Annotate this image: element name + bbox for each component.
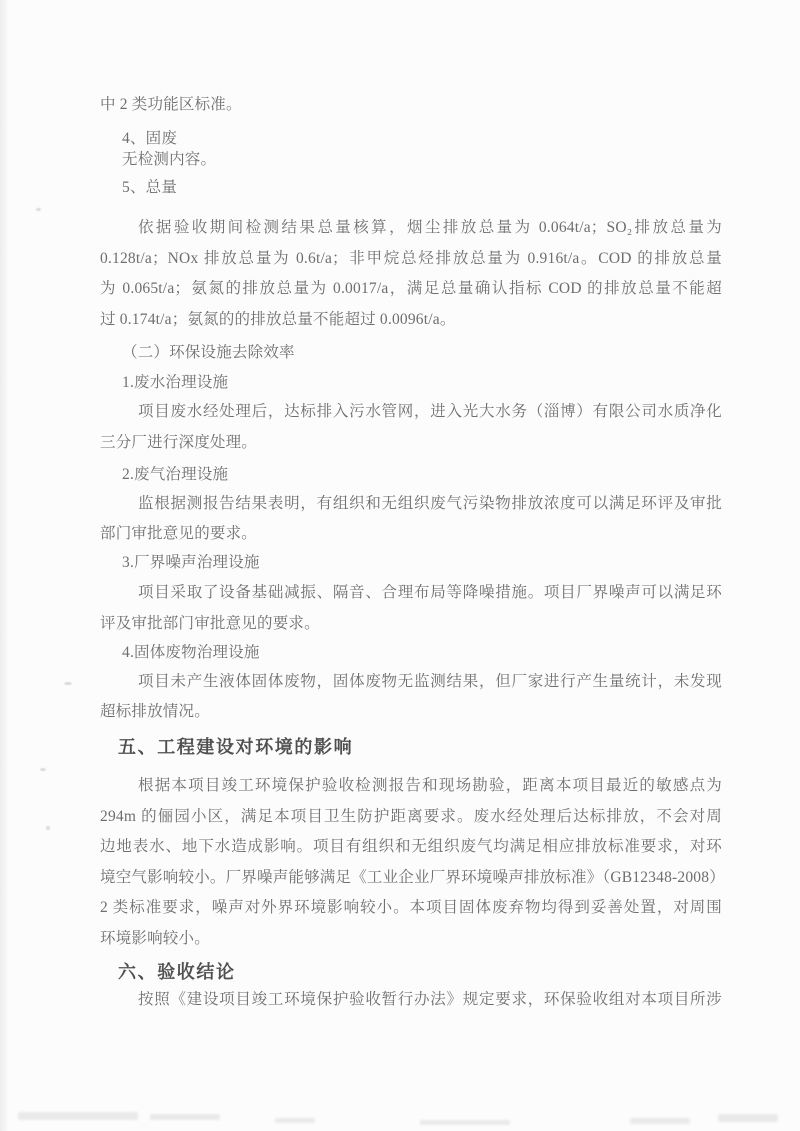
text-line: 边地表水、地下水造成影响。项目有组织和无组织废气均满足相应排放标准要求，对环 (100, 832, 722, 863)
scan-edge-shadow (0, 0, 9, 1131)
scan-speck (36, 208, 41, 211)
text-line: 中 2 类功能区标准。 (100, 90, 722, 121)
section-heading: 五、工程建设对环境的影响 (100, 732, 722, 763)
sub-label: 4.固体废物治理设施 (100, 638, 722, 669)
sub-label: 无检测内容。 (100, 145, 722, 176)
scanned-document-page: 中 2 类功能区标准。4、固废无检测内容。5、总量依据验收期间检测结果总量核算，… (0, 0, 800, 1131)
paragraph: 根据本项目竣工环境保护验收检测报告和现场勘验，距离本项目最近的敏感点为294m … (100, 771, 722, 954)
sub-label: 3.厂界噪声治理设施 (100, 548, 722, 579)
text-line: 依据验收期间检测结果总量核算，烟尘排放总量为 0.064t/a；SO₂排放总量为 (100, 213, 722, 244)
text-line: 无检测内容。 (100, 145, 722, 176)
text-line: 三分厂进行深度处理。 (100, 428, 722, 459)
scan-artifact (275, 1118, 315, 1123)
document-content: 中 2 类功能区标准。4、固废无检测内容。5、总量依据验收期间检测结果总量核算，… (100, 90, 722, 1015)
paragraph: 按照《建设项目竣工环境保护验收暂行办法》规定要求，环保验收组对本项目所涉 (100, 985, 722, 1016)
section-heading: 六、验收结论 (100, 957, 722, 988)
text-line: 根据本项目竣工环境保护验收检测报告和现场勘验，距离本项目最近的敏感点为 (100, 771, 722, 802)
paragraph: 监根据测报告结果表明，有组织和无组织废气污染物排放浓度可以满足环评及审批部门审批… (100, 489, 722, 550)
paragraph: 项目废水经处理后，达标排入污水管网，进入光大水务（淄博）有限公司水质净化三分厂进… (100, 397, 722, 458)
text-line: 超标排放情况。 (100, 697, 722, 728)
text-line: 环境影响较小。 (100, 924, 722, 955)
text-line: 监根据测报告结果表明，有组织和无组织废气污染物排放浓度可以满足环评及审批 (100, 489, 722, 520)
text-line: 2.废气治理设施 (100, 460, 722, 491)
sub-label: 5、总量 (100, 173, 722, 204)
scan-speck (46, 826, 50, 830)
scan-speck (40, 768, 46, 771)
scan-artifact (630, 1118, 690, 1124)
text-line: 部门审批意见的要求。 (100, 519, 722, 550)
paragraph: 项目未产生液体固体废物，固体废物无监测结果，但厂家进行产生量统计，未发现超标排放… (100, 667, 722, 728)
scan-artifact (718, 1114, 778, 1122)
sub-label: 1.废水治理设施 (100, 368, 722, 399)
text-line: 过 0.174t/a；氨氮的的排放总量不能超过 0.0096t/a。 (100, 305, 722, 336)
scan-artifact (420, 1120, 510, 1125)
sub-label: 2.废气治理设施 (100, 460, 722, 491)
text-line: 5、总量 (100, 173, 722, 204)
text-line: 境空气影响较小。厂界噪声能够满足《工业企业厂界环境噪声排放标准》（GB12348… (100, 863, 722, 894)
text-line: （二）环保设施去除效率 (100, 338, 722, 369)
text-line: 按照《建设项目竣工环境保护验收暂行办法》规定要求，环保验收组对本项目所涉 (100, 985, 722, 1016)
text-line: 为 0.065t/a；氨氮的排放总量为 0.0017/a，满足总量确认指标 CO… (100, 274, 722, 305)
text-line: 六、验收结论 (100, 957, 722, 988)
paragraph: 中 2 类功能区标准。 (100, 90, 722, 121)
scan-speck (64, 682, 72, 685)
paragraph: 项目采取了设备基础减振、隔音、合理布局等降噪措施。项目厂界噪声可以满足环评及审批… (100, 578, 722, 639)
text-line: 4.固体废物治理设施 (100, 638, 722, 669)
text-line: 项目采取了设备基础减振、隔音、合理布局等降噪措施。项目厂界噪声可以满足环 (100, 578, 722, 609)
text-line: 2 类标准要求，噪声对外界环境影响较小。本项目固体废弃物均得到妥善处置，对周围 (100, 893, 722, 924)
text-line: 五、工程建设对环境的影响 (100, 732, 722, 763)
text-line: 0.128t/a；NOx 排放总量为 0.6t/a；非甲烷总烃排放总量为 0.9… (100, 244, 722, 275)
scan-artifact (18, 1112, 138, 1120)
text-line: 294m 的俪园小区，满足本项目卫生防护距离要求。废水经处理后达标排放，不会对周 (100, 802, 722, 833)
scan-artifact (150, 1114, 220, 1120)
text-line: 1.废水治理设施 (100, 368, 722, 399)
text-line: 3.厂界噪声治理设施 (100, 548, 722, 579)
text-line: 评及审批部门审批意见的要求。 (100, 609, 722, 640)
text-line: 项目未产生液体固体废物，固体废物无监测结果，但厂家进行产生量统计，未发现 (100, 667, 722, 698)
paragraph: 依据验收期间检测结果总量核算，烟尘排放总量为 0.064t/a；SO₂排放总量为… (100, 213, 722, 335)
sub-label: （二）环保设施去除效率 (100, 338, 722, 369)
text-line: 项目废水经处理后，达标排入污水管网，进入光大水务（淄博）有限公司水质净化 (100, 397, 722, 428)
